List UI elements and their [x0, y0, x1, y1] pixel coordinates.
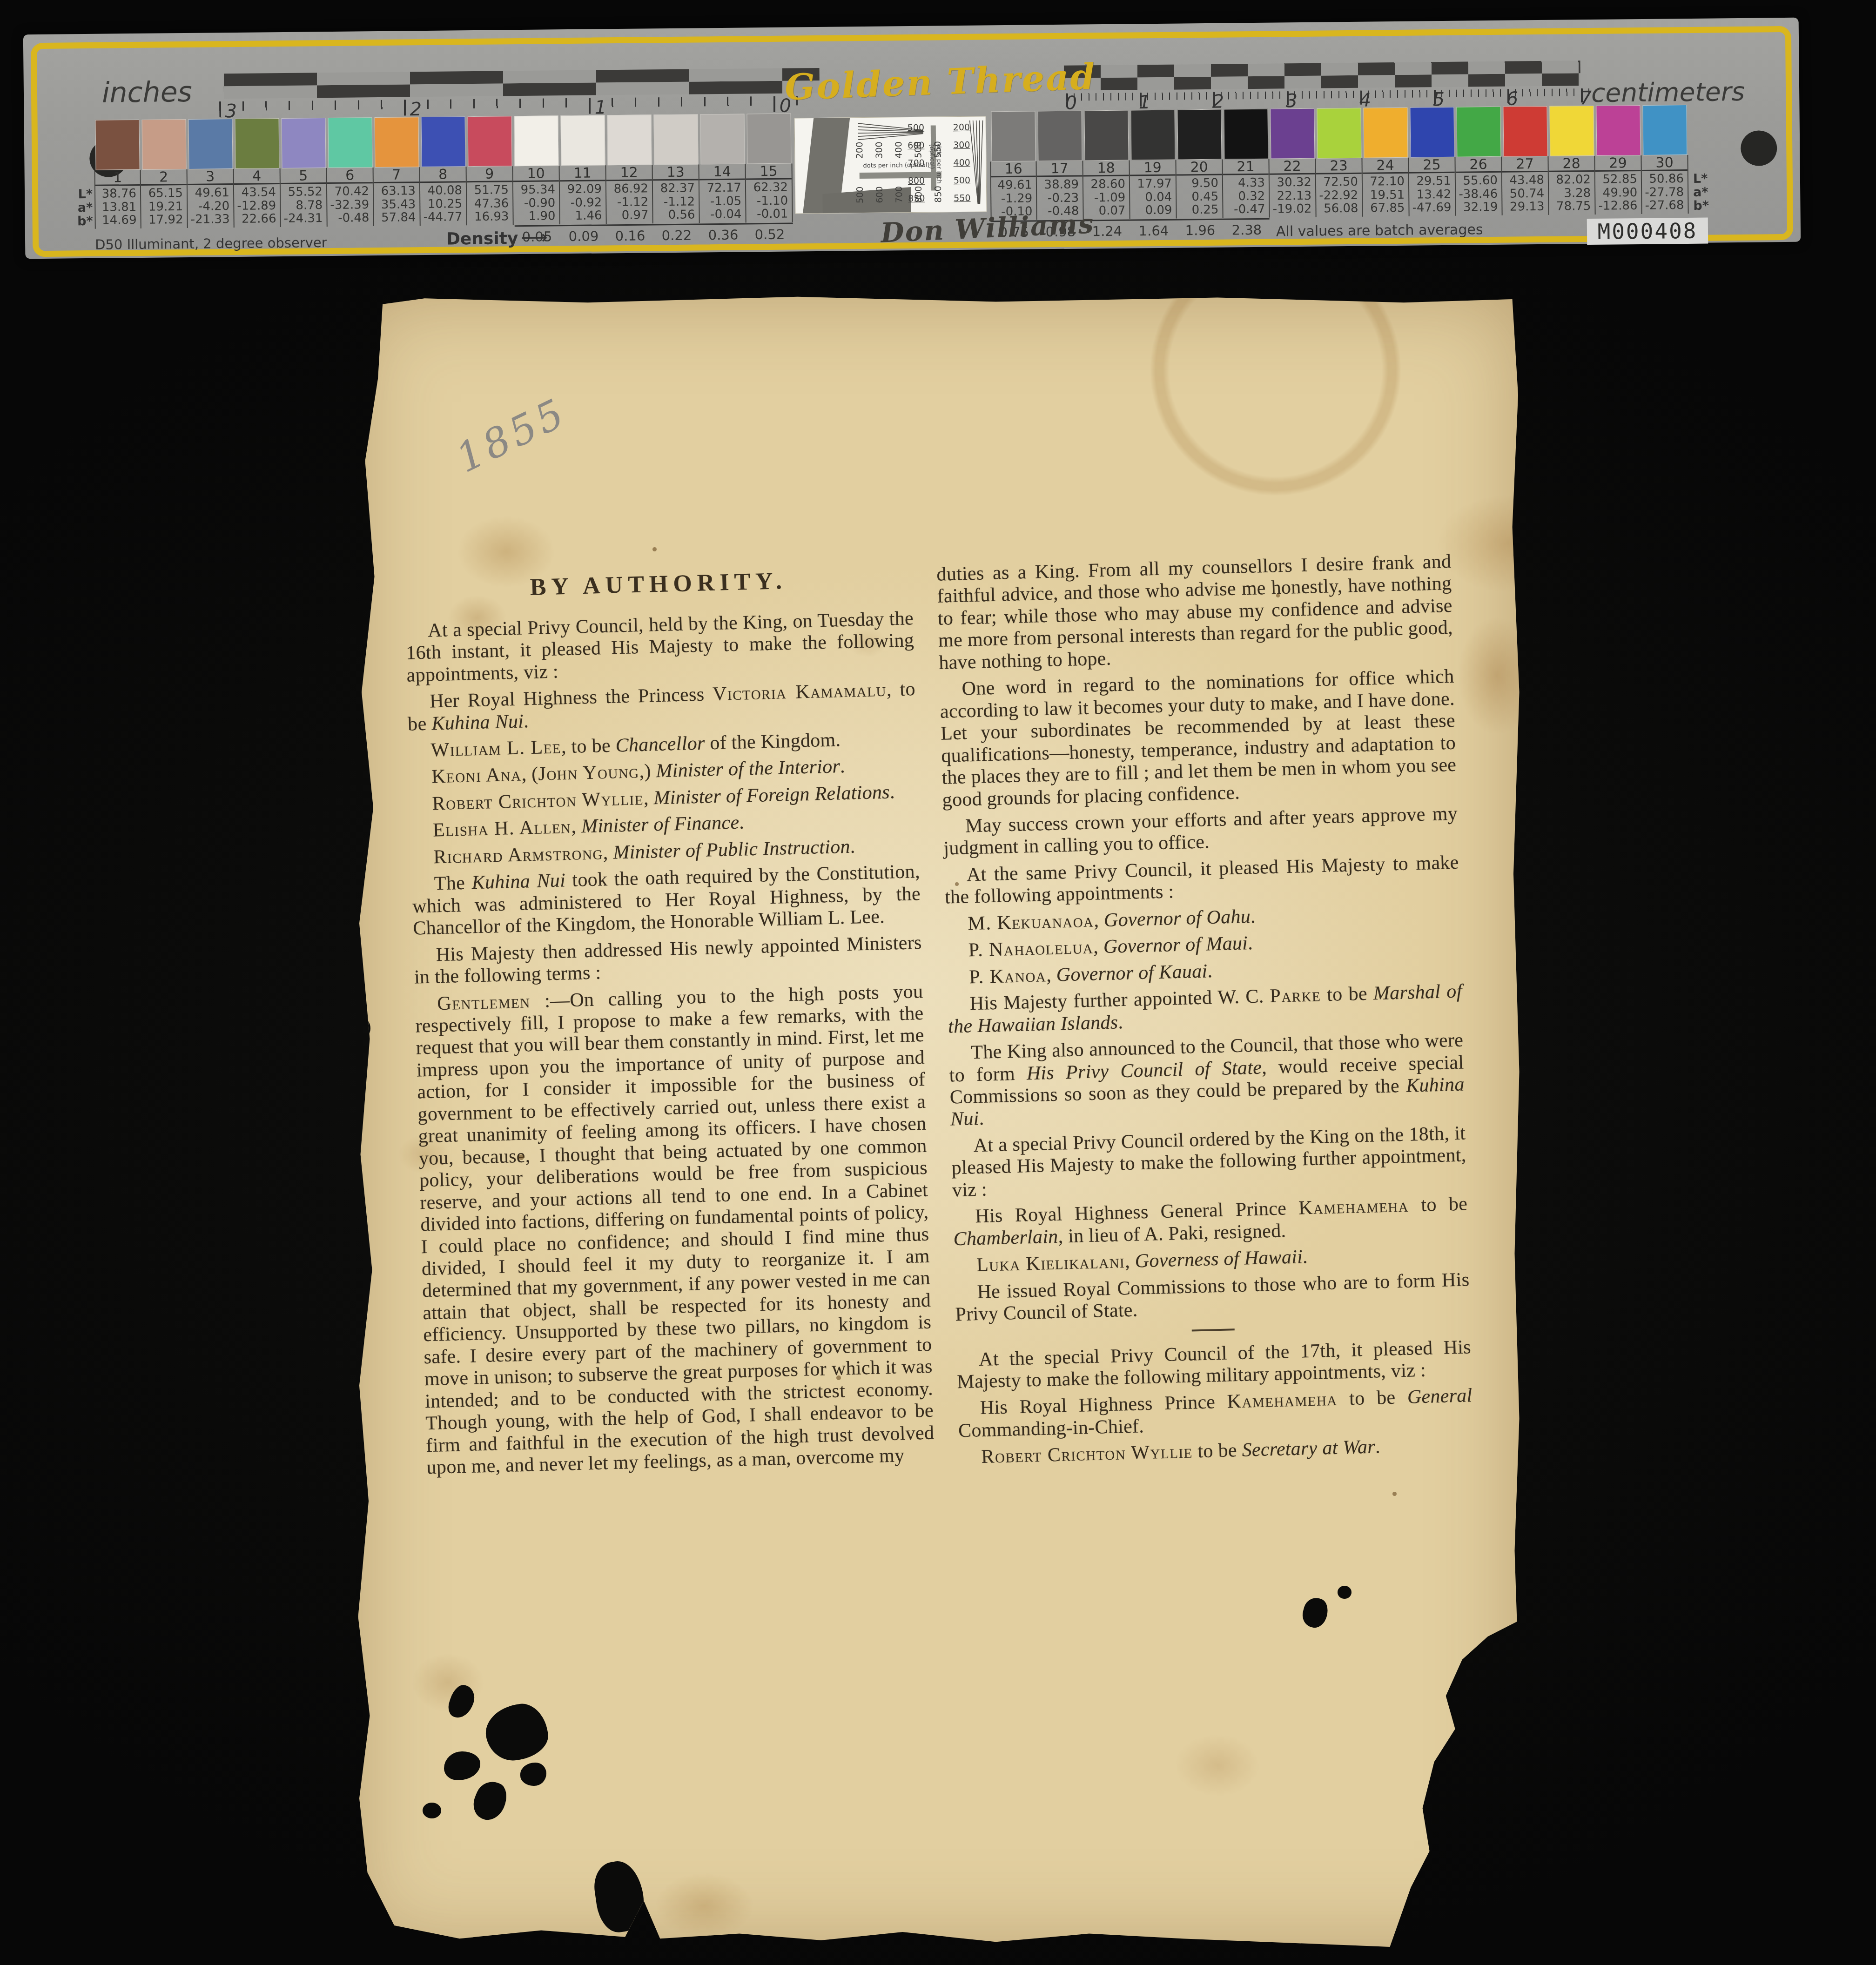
patch-lab-values: 30.3222.13-19.02 — [1270, 174, 1316, 218]
color-patch — [700, 114, 745, 164]
small-caps-name: Robert Crichton Wyllie — [432, 788, 644, 814]
patch-column: 1917.970.040.09 — [1129, 110, 1177, 219]
document-paragraph: His Majesty further appointed W. C. Park… — [947, 981, 1463, 1038]
color-patch — [514, 115, 558, 166]
paper-hole — [423, 1803, 441, 1818]
target-dpi-row-1-item: 200 — [854, 142, 865, 159]
patch-column: 3050.86-27.78-27.68 — [1641, 105, 1688, 214]
patch-column: 2882.023.2878.75 — [1548, 106, 1595, 215]
lab-axis-left-item: b* — [77, 215, 93, 228]
patch-meta: 3050.86-27.78-27.68 — [1641, 155, 1688, 214]
document-title: BY AUTHORITY. — [404, 564, 913, 604]
document-paragraph: His Royal Highness Prince Kamehameha to … — [957, 1385, 1473, 1442]
patch-column: 2230.3222.13-19.02 — [1269, 108, 1316, 218]
small-caps-name: Luka Kielikalani — [976, 1251, 1125, 1276]
patch-meta: 951.7547.3616.93 — [467, 166, 514, 225]
color-patch — [1224, 109, 1268, 160]
color-patch — [141, 119, 186, 170]
density-value: 0.22 — [653, 227, 700, 243]
color-patch — [1317, 108, 1361, 159]
patch-column: 209.500.450.25 — [1176, 109, 1223, 219]
patch-number: 6 — [327, 168, 373, 184]
patch-meta: 2952.8549.90-12.86 — [1595, 155, 1642, 215]
document-paragraph: Gentlemen :—On calling you to the high p… — [415, 980, 935, 1479]
patch-meta: 555.528.78-24.31 — [281, 168, 328, 227]
patch-column: 214.330.32-0.47 — [1222, 109, 1270, 218]
italic-text: Governess of Hawaii — [1135, 1247, 1303, 1272]
color-patch — [1363, 107, 1408, 158]
color-patch — [467, 116, 512, 167]
small-caps-name: P. Kanoa — [969, 965, 1047, 988]
patch-group-2: 1649.61-1.29-0.101738.89-0.23-0.481828.6… — [989, 105, 1688, 220]
target-dpi-col-right-item: 400 — [953, 158, 970, 168]
paper-hole — [444, 1751, 480, 1780]
patch-meta: 1095.34-0.901.90 — [513, 166, 560, 225]
checker-pattern-left — [224, 68, 820, 99]
patch-number: 9 — [467, 166, 512, 182]
target-dpi-row-2-item: 700 — [894, 186, 904, 203]
target-dpi-col-right-item: 550 — [954, 193, 970, 203]
patch-column: 2655.60-38.4632.19 — [1455, 107, 1502, 216]
color-patch — [653, 114, 698, 165]
patch-meta: 2230.3222.13-19.02 — [1269, 159, 1316, 218]
density-value: 1.96 — [1177, 222, 1224, 239]
patch-lab-values: 51.7547.3616.93 — [467, 182, 513, 225]
small-caps-name: Kamehameha — [1227, 1388, 1338, 1413]
patch-meta: 2529.5113.42-47.69 — [1409, 157, 1456, 216]
patch-lab-values: 72.17-1.05-0.04 — [699, 180, 746, 223]
italic-text: General — [1407, 1385, 1473, 1408]
lab-axis-right-item: b* — [1693, 199, 1709, 213]
resolution-target: 200300400500550 500600700800850 50060070… — [794, 116, 987, 214]
patch-lab-values: 63.1335.4357.84 — [374, 183, 420, 226]
density-value: 0.09 — [560, 228, 607, 244]
patch-lab-values: 52.8549.90-12.86 — [1595, 171, 1641, 215]
foxing-spot — [836, 1375, 841, 1380]
patch-lab-values: 17.970.040.09 — [1130, 176, 1176, 219]
small-caps-name: Parke — [1270, 984, 1321, 1007]
patch-number: 15 — [746, 163, 792, 180]
target-dpi-label: dots per inch (optical) — [863, 162, 929, 169]
italic-text: His Privy Council of State — [1026, 1057, 1262, 1084]
color-patch — [1642, 105, 1687, 155]
document-paragraph: His Majesty then addressed His newly app… — [413, 932, 922, 989]
paper-hole — [591, 1858, 648, 1935]
density-value: 0.36 — [700, 227, 746, 243]
patch-lab-values: 82.37-1.120.56 — [653, 180, 699, 223]
brand-script: Golden Thread — [767, 55, 1113, 108]
patch-number: 27 — [1502, 156, 1547, 173]
small-caps-name: M. Kekuanaoa — [968, 910, 1094, 934]
patch-column: 1649.61-1.29-0.10 — [989, 111, 1037, 220]
target-dpi-col-left-item: 500 — [908, 123, 924, 133]
patch-column: 670.42-32.39-0.48 — [327, 117, 374, 227]
lab-axis-right-item: L* — [1693, 172, 1708, 186]
color-patch — [1177, 109, 1222, 160]
italic-text: Minister of Finance — [581, 812, 739, 838]
left-column: BY AUTHORITY. At a special Privy Council… — [404, 564, 935, 1487]
paper-hole — [482, 1700, 551, 1764]
patch-column: 951.7547.3616.93 — [466, 116, 514, 225]
document-paragraph: The Kuhina Nui took the oath required by… — [411, 861, 921, 940]
document-paragraph: At a special Privy Council ordered by th… — [951, 1122, 1467, 1201]
patch-number: 5 — [281, 168, 326, 184]
illuminant-note: D50 Illuminant, 2 degree observer — [95, 235, 327, 253]
color-patch — [1596, 105, 1641, 156]
lab-axis-right-item: a* — [1693, 186, 1708, 199]
italic-text: Chancellor — [615, 733, 705, 757]
document-paragraph: At the special Privy Council of the 17th… — [956, 1336, 1472, 1394]
target-dpi-row-1-item: 400 — [894, 141, 904, 158]
patch-lab-values: 49.61-4.20-21.33 — [188, 185, 234, 228]
patch-lab-values: 55.60-38.4632.19 — [1456, 173, 1502, 216]
patch-meta: 670.42-32.39-0.48 — [327, 168, 374, 227]
patch-number: 12 — [606, 165, 652, 181]
patch-column: 2529.5113.42-47.69 — [1408, 107, 1456, 216]
patch-lab-values: 9.500.450.25 — [1177, 175, 1223, 219]
patch-column: 2743.4850.7429.13 — [1501, 106, 1549, 215]
density-value: 0.16 — [607, 228, 653, 244]
patch-number: 3 — [188, 169, 233, 185]
lab-axis-right: L*a*b* — [1693, 172, 1717, 212]
color-patch — [1084, 110, 1129, 161]
patch-number: 13 — [653, 164, 699, 181]
patch-number: 25 — [1409, 157, 1454, 174]
batch-averages-note: All values are batch averages — [1276, 221, 1483, 240]
checker-pattern-right — [1064, 60, 1580, 91]
right-column-paragraphs: duties as a King. From all my counsellor… — [936, 551, 1474, 1469]
patch-column: 349.61-4.20-21.33 — [187, 119, 235, 228]
resolution-fan-vertical-icon — [968, 120, 986, 204]
patch-column: 2372.50-22.9256.08 — [1315, 108, 1363, 217]
patch-column: 555.528.78-24.31 — [280, 118, 328, 227]
paper-hole — [445, 1682, 478, 1721]
patch-number: 16 — [991, 161, 1035, 177]
target-dpi-col-left-item: 850 — [908, 194, 925, 204]
lab-axis-left-item: L* — [78, 188, 93, 201]
patch-group-1: 138.7613.8114.69265.1519.2117.92349.61-4… — [94, 113, 793, 228]
patch-column: 1286.92-1.120.97 — [605, 114, 653, 224]
patch-column: 1382.37-1.120.56 — [652, 114, 699, 223]
patch-column: 138.7613.8114.69 — [94, 120, 141, 229]
color-patch — [1037, 110, 1082, 161]
patch-column: 2472.1019.5167.85 — [1362, 107, 1409, 217]
patch-meta: 2655.60-38.4632.19 — [1455, 157, 1502, 216]
foxing-spot — [1276, 594, 1280, 597]
density-values-left: 0.050.090.160.220.360.52 — [514, 226, 793, 245]
patch-number: 23 — [1316, 158, 1361, 174]
patch-column: 1828.60-1.090.07 — [1083, 110, 1130, 220]
document-paragraph: Her Royal Highness the Princess Victoria… — [407, 678, 916, 736]
density-value: 2.38 — [1224, 222, 1270, 238]
patch-meta: 443.54-12.8922.66 — [234, 168, 281, 228]
patch-lab-values: 65.1519.2117.92 — [141, 185, 187, 228]
patch-column: 265.1519.2117.92 — [141, 119, 188, 228]
document-paragraph: At the same Privy Council, it pleased Hi… — [944, 852, 1459, 909]
patch-number: 4 — [234, 168, 280, 185]
patch-meta: 840.0810.25-44.77 — [420, 167, 467, 226]
patch-number: 30 — [1641, 155, 1687, 171]
color-patch — [1410, 107, 1454, 158]
patch-meta: 209.500.450.25 — [1176, 160, 1223, 219]
patch-number: 28 — [1548, 156, 1594, 172]
document-paragraph: duties as a King. From all my counsellor… — [936, 551, 1454, 674]
patch-column: 1562.32-1.10-0.01 — [745, 113, 793, 222]
patch-column: 840.0810.25-44.77 — [420, 116, 467, 226]
patch-meta: 2472.1019.5167.85 — [1362, 158, 1409, 217]
target-dpi-col-right-item: 500 — [954, 175, 970, 186]
italic-text: Governor of Maui — [1103, 932, 1248, 958]
serial-number-label: M000408 — [1587, 218, 1708, 245]
patch-lab-values: 38.7613.8114.69 — [95, 186, 141, 229]
patch-number: 8 — [420, 167, 466, 183]
paper-hole — [468, 1777, 512, 1825]
patch-meta: 2372.50-22.9256.08 — [1316, 158, 1363, 217]
document-paragraph: He issued Royal Commissions to those who… — [955, 1269, 1470, 1326]
target-dpi-label-vertical: dots per inch (optical) — [928, 144, 942, 188]
patch-column: 1738.89-0.23-0.48 — [1036, 110, 1083, 220]
patch-number: 20 — [1176, 160, 1222, 176]
photo-backdrop: inches centimeters 3210 01234567 L*a*b* … — [0, 0, 1876, 1965]
paper-hole — [1300, 1595, 1331, 1630]
patch-number: 11 — [560, 165, 605, 181]
patch-meta: 1192.09-0.921.46 — [560, 165, 607, 224]
patch-number: 14 — [699, 164, 745, 180]
small-caps-name: Gentlemen — [437, 991, 531, 1014]
patch-meta: 1917.970.040.09 — [1130, 160, 1177, 219]
color-patch — [1503, 106, 1547, 157]
density-value: 0.52 — [746, 226, 793, 242]
patch-lab-values: 95.34-0.901.90 — [513, 181, 559, 225]
patch-meta: 265.1519.2117.92 — [141, 169, 188, 228]
patch-number: 2 — [141, 169, 187, 186]
foxing-spot — [652, 547, 657, 551]
patch-meta: 2882.023.2878.75 — [1548, 156, 1595, 215]
italic-text: Minister of the Interior — [656, 756, 841, 782]
density-value: 0.05 — [514, 228, 560, 245]
inches-label: inches — [102, 76, 193, 109]
paper-hole — [357, 1018, 370, 1039]
document-page: 1855 BY AUTHORITY. At a special Privy Co… — [355, 296, 1520, 1947]
target-dpi-col-left-item: 800 — [908, 176, 925, 186]
italic-text: Minister of Foreign Relations — [653, 781, 890, 809]
patch-lab-values: 43.4850.7429.13 — [1502, 172, 1548, 215]
document-paragraph: His Royal Highness General Prince Kameha… — [953, 1194, 1468, 1251]
patch-number: 24 — [1362, 158, 1408, 174]
foxing-spot — [955, 882, 959, 886]
patch-meta: 138.7613.8114.69 — [94, 170, 141, 229]
patch-lab-values: 92.09-0.921.46 — [560, 181, 606, 224]
small-caps-name: Elisha H. Allen — [432, 816, 572, 841]
target-dpi-row-1-item: 300 — [874, 141, 884, 158]
color-patch — [1549, 106, 1594, 156]
document-paragraph: One word in regard to the nominations fo… — [939, 666, 1457, 811]
small-caps-name: William L. Lee — [430, 736, 561, 761]
paper-hole — [1338, 1586, 1352, 1599]
patch-number: 21 — [1223, 159, 1268, 175]
patch-lab-values: 50.86-27.78-27.68 — [1642, 171, 1688, 214]
patch-lab-values: 62.32-1.10-0.01 — [746, 179, 792, 222]
patch-number: 22 — [1269, 159, 1315, 175]
small-caps-name: Richard Armstrong — [433, 842, 603, 868]
italic-text: Secretary at War — [1242, 1436, 1375, 1461]
target-dpi-col-left-item: 600 — [908, 141, 924, 151]
patch-meta: 1382.37-1.120.56 — [653, 164, 700, 223]
target-dpi-row-2-item: 500 — [855, 187, 865, 203]
target-dpi-col-right-item: 200 — [953, 122, 970, 133]
document-text: BY AUTHORITY. At a special Privy Council… — [404, 551, 1474, 1487]
color-patch — [1270, 108, 1315, 159]
calibration-ruler: inches centimeters 3210 01234567 L*a*b* … — [23, 18, 1801, 259]
patch-number: 29 — [1595, 155, 1641, 172]
color-patch — [746, 113, 791, 164]
density-value: 1.64 — [1130, 223, 1177, 239]
color-patch — [235, 118, 279, 169]
small-caps-name: Robert Crichton Wyllie — [981, 1441, 1193, 1468]
patch-meta: 1562.32-1.10-0.01 — [746, 163, 793, 222]
color-patch — [421, 116, 465, 167]
color-patch — [95, 120, 140, 170]
patch-lab-values: 82.023.2878.75 — [1549, 172, 1595, 215]
patch-number: 17 — [1036, 161, 1082, 177]
italic-text: Kuhina Nui — [471, 870, 566, 893]
patch-lab-values: 40.0810.25-44.77 — [420, 182, 466, 226]
right-column: duties as a King. From all my counsellor… — [936, 551, 1474, 1474]
section-divider — [1192, 1328, 1235, 1331]
document-paragraph: May success crown your efforts and after… — [943, 803, 1459, 860]
color-patch — [560, 115, 605, 166]
target-dpi-col-right-item: 300 — [953, 140, 970, 150]
patch-column: 1192.09-0.921.46 — [559, 115, 606, 224]
foxing-spot — [1392, 1492, 1397, 1496]
italic-text: Chamberlain — [953, 1226, 1058, 1250]
italic-text: Minister of Public Instruction — [613, 836, 850, 864]
patch-column: 1472.17-1.05-0.04 — [699, 114, 746, 223]
document-paragraph: At a special Privy Council, held by the … — [405, 608, 915, 687]
lab-axis-left-item: a* — [78, 201, 93, 215]
patch-meta: 763.1335.4357.84 — [374, 167, 421, 226]
patch-lab-values: 86.92-1.120.97 — [606, 181, 652, 224]
patch-meta: 349.61-4.20-21.33 — [188, 169, 235, 228]
left-column-paragraphs: At a special Privy Council, held by the … — [405, 608, 935, 1479]
patch-number: 1 — [95, 170, 140, 186]
lab-axis-left: L*a*b* — [69, 188, 93, 228]
italic-text: Governor of Kauai — [1056, 960, 1208, 986]
patch-number: 7 — [374, 167, 419, 183]
small-caps-name: Keoni Ana — [431, 764, 522, 788]
italic-text: Marshal of the Hawaiian Islands — [948, 981, 1463, 1037]
patch-lab-values: 72.50-22.9256.08 — [1316, 174, 1362, 217]
italic-text: Governor of Oahu — [1103, 906, 1251, 931]
patch-meta: 1472.17-1.05-0.04 — [699, 164, 746, 223]
patch-meta: 1286.92-1.120.97 — [606, 165, 653, 224]
centimeters-label: centimeters — [1591, 77, 1745, 108]
patch-column: 763.1335.4357.84 — [373, 117, 421, 226]
patch-column: 1095.34-0.901.90 — [513, 115, 560, 225]
foxing-spot — [518, 1154, 524, 1160]
small-caps-name: P. Nahaolelua — [968, 937, 1093, 961]
target-dpi-row-2-item: 600 — [874, 186, 885, 203]
patch-meta: 214.330.32-0.47 — [1223, 159, 1270, 218]
color-patch — [607, 114, 652, 165]
color-patch — [1456, 107, 1501, 157]
patch-meta: 2743.4850.7429.13 — [1502, 156, 1549, 215]
patch-number: 19 — [1130, 160, 1175, 176]
patch-lab-values: 29.5113.42-47.69 — [1409, 173, 1455, 216]
patch-column: 443.54-12.8922.66 — [234, 118, 281, 228]
patch-lab-values: 72.1019.5167.85 — [1363, 174, 1409, 217]
color-patch — [1130, 110, 1175, 161]
color-patch — [374, 117, 419, 168]
registration-dot-right-icon — [1741, 130, 1777, 166]
density-label-text: Density — [446, 229, 518, 248]
color-patch — [188, 119, 233, 169]
patch-lab-values: 43.54-12.8922.66 — [234, 184, 280, 228]
color-patch — [281, 118, 326, 168]
patch-column: 2952.8549.90-12.86 — [1594, 105, 1642, 215]
color-patch — [991, 111, 1035, 161]
patch-lab-values: 55.528.78-24.31 — [281, 184, 327, 227]
patch-number: 18 — [1083, 161, 1129, 177]
italic-text: Kuhina Nui — [431, 711, 524, 734]
patch-number: 26 — [1455, 157, 1501, 173]
small-caps-name: Victoria Kamamalu — [713, 679, 887, 705]
small-caps-name: Kamehameha — [1298, 1195, 1409, 1219]
paper-hole — [520, 1763, 546, 1786]
small-caps-name: John Young — [538, 761, 639, 785]
patch-lab-values: 70.42-32.39-0.48 — [327, 183, 373, 227]
patch-number: 10 — [513, 166, 559, 182]
target-dpi-row-2-item: 850 — [933, 186, 943, 202]
patch-lab-values: 4.330.32-0.47 — [1223, 175, 1269, 218]
document-paragraph: The King also announced to the Council, … — [948, 1030, 1465, 1131]
handwritten-year: 1855 — [449, 389, 574, 482]
color-patch — [328, 117, 372, 168]
